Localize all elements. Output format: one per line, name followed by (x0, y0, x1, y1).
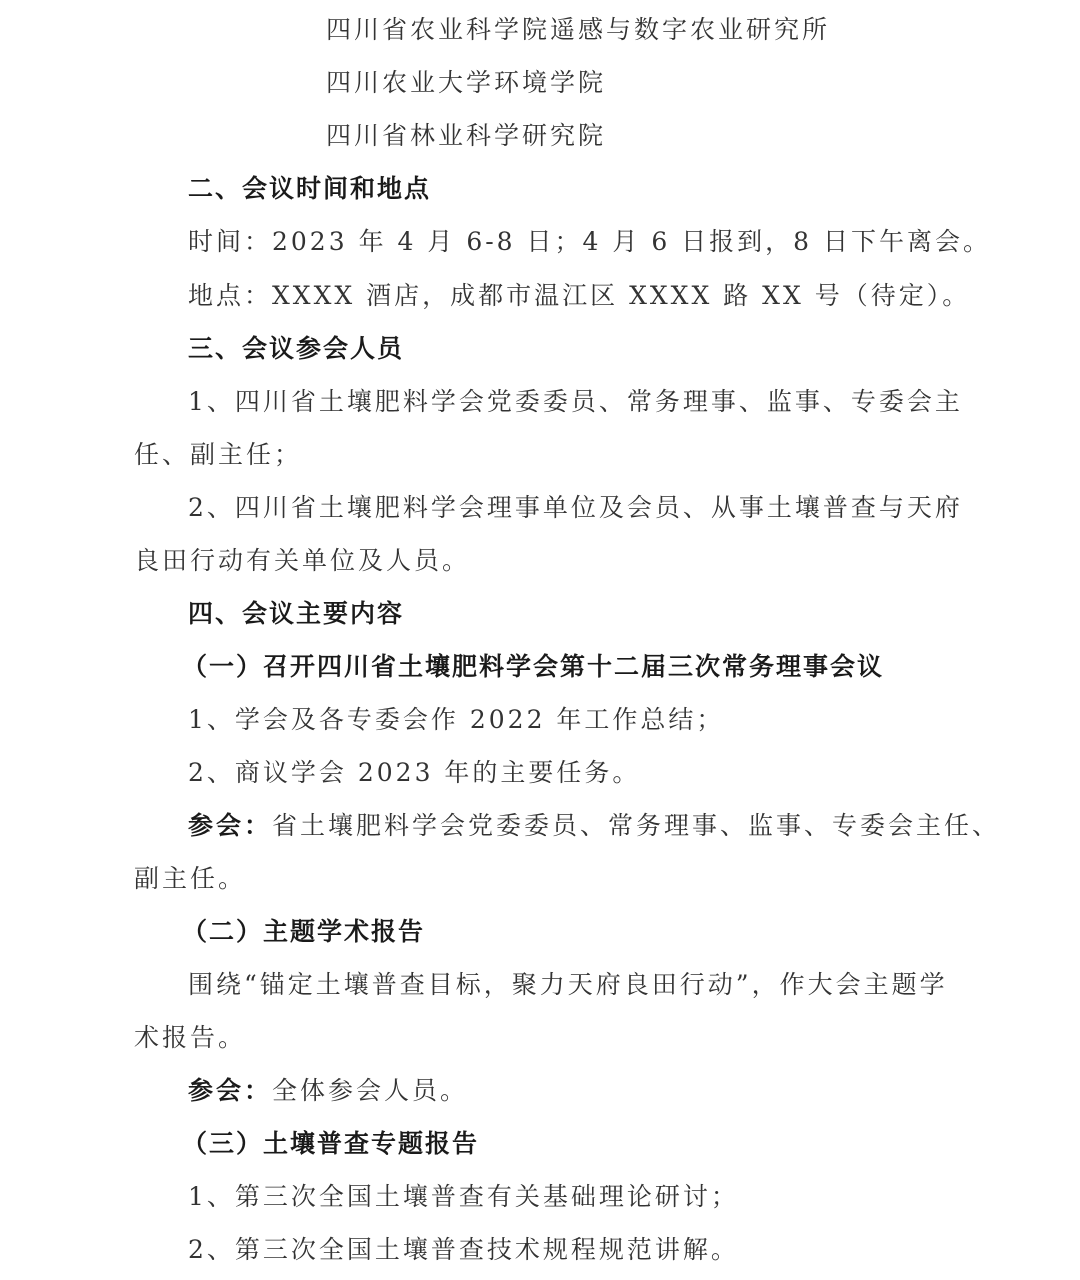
attendees-line: 参会：省土壤肥料学会党委委员、常务理事、监事、专委会主任、 (188, 810, 1000, 842)
subsection-heading: （二）主题学术报告 (182, 916, 425, 948)
organizer-line: 四川省林业科学研究院 (326, 120, 606, 152)
meeting-place: 地点：XXXX 酒店，成都市温江区 XXXX 路 XX 号（待定）。 (188, 280, 970, 312)
content-item: 1、第三次全国土壤普查有关基础理论研讨； (188, 1181, 739, 1213)
organizer-line: 四川省农业科学院遥感与数字农业研究所 (326, 14, 830, 46)
section-heading: 二、会议时间和地点 (188, 173, 431, 205)
content-item: 1、学会及各专委会作 2022 年工作总结； (188, 704, 724, 736)
section-heading: 三、会议参会人员 (188, 333, 404, 365)
attendees-line: 参会：全体参会人员。 (188, 1075, 468, 1107)
attendees-text: 省土壤肥料学会党委委员、常务理事、监事、专委会主任、 (272, 811, 1000, 840)
report-text-cont: 术报告。 (134, 1022, 246, 1054)
participant-item-cont: 任、副主任； (134, 439, 302, 471)
subsection-heading: （三）土壤普查专题报告 (182, 1128, 479, 1160)
attendees-cont: 副主任。 (134, 863, 246, 895)
report-text: 围绕“锚定土壤普查目标，聚力天府良田行动”，作大会主题学 (188, 969, 948, 1001)
attendees-label: 参会： (188, 811, 272, 840)
subsection-heading: （一）召开四川省土壤肥料学会第十二届三次常务理事会议 (182, 651, 884, 683)
organizer-line: 四川农业大学环境学院 (326, 67, 606, 99)
attendees-text: 全体参会人员。 (272, 1076, 468, 1105)
document-page: 四川省农业科学院遥感与数字农业研究所 四川农业大学环境学院 四川省林业科学研究院… (0, 0, 1080, 1280)
participant-item-cont: 良田行动有关单位及人员。 (134, 545, 470, 577)
meeting-time: 时间：2023 年 4 月 6-8 日；4 月 6 日报到，8 日下午离会。 (188, 226, 991, 258)
participant-item: 2、四川省土壤肥料学会理事单位及会员、从事土壤普查与天府 (188, 492, 963, 524)
attendees-label: 参会： (188, 1076, 272, 1105)
content-item: 2、商议学会 2023 年的主要任务。 (188, 757, 640, 789)
participant-item: 1、四川省土壤肥料学会党委委员、常务理事、监事、专委会主 (188, 386, 963, 418)
section-heading: 四、会议主要内容 (188, 598, 404, 630)
content-item: 2、第三次全国土壤普查技术规程规范讲解。 (188, 1234, 739, 1266)
